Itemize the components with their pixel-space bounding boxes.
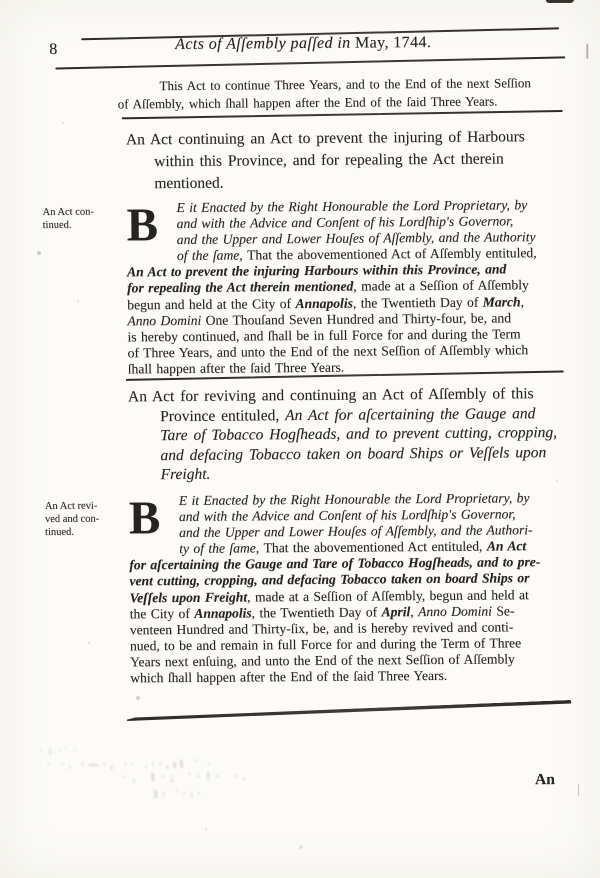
text-line: Acts of Aſſembly paſſed in May, 1744. (135, 34, 471, 55)
text-line: An Act con- (42, 205, 130, 219)
act1-body: B E it Enacted by the Right Honourable t… (126, 197, 577, 378)
edge-artifact (586, 44, 588, 59)
page-content: 8 Acts of Aſſembly paſſed in May, 1744. … (0, 0, 600, 878)
ink-mark (546, 0, 574, 3)
text-line: An Act continuing an Act to prevent the … (126, 126, 576, 152)
page-number: 8 (49, 41, 57, 59)
catchword: An (535, 771, 555, 789)
act1-body-lines: E it Enacted by the Right Honourable the… (126, 197, 577, 378)
act2-body-lines: E it Enacted by the Right Honourable the… (129, 490, 581, 687)
text-line: tinued. (43, 218, 131, 232)
text-line: mentioned. (126, 170, 576, 196)
act1-heading: An Act continuing an Act to prevent the … (126, 126, 577, 196)
act1-margin-note: An Act con-tinued. (42, 205, 130, 232)
text-line: Freight. (129, 462, 579, 485)
text-line: ved and con- (45, 512, 133, 526)
text-line: and defacing Tobacco taken on board Ship… (128, 442, 578, 465)
running-head-rule (55, 56, 565, 70)
running-head: Acts of Aſſembly paſſed in May, 1744. (135, 34, 471, 55)
text-line: of Aſſembly, which ſhall happen after th… (118, 91, 578, 112)
bleedthrough-smudge (123, 771, 252, 783)
text-line: tinued. (45, 525, 133, 539)
continuation-note: This Act to continue Three Years, and to… (117, 74, 577, 113)
edge-artifact (578, 784, 579, 796)
act2-heading: An Act for reviving and continuing an Ac… (128, 384, 579, 485)
text-line: An Act revi- (45, 499, 133, 513)
bottom-rule (127, 700, 572, 721)
text-line: which ſhall happen after the End of the … (130, 667, 580, 687)
bleedthrough-smudge (153, 789, 204, 800)
bleedthrough-smudge (39, 746, 79, 757)
act2-body: B E it Enacted by the Right Honourable t… (129, 490, 581, 687)
bleedthrough-smudge (47, 759, 215, 771)
scanned-document-page: 8 Acts of Aſſembly paſſed in May, 1744. … (0, 0, 600, 878)
text-line: This Act to continue Three Years, and to… (117, 74, 577, 95)
act2-margin-note: An Act revi-ved and con-tinued. (45, 499, 133, 539)
act1-drop-cap: B (126, 203, 158, 248)
act2-drop-cap: B (129, 496, 161, 541)
